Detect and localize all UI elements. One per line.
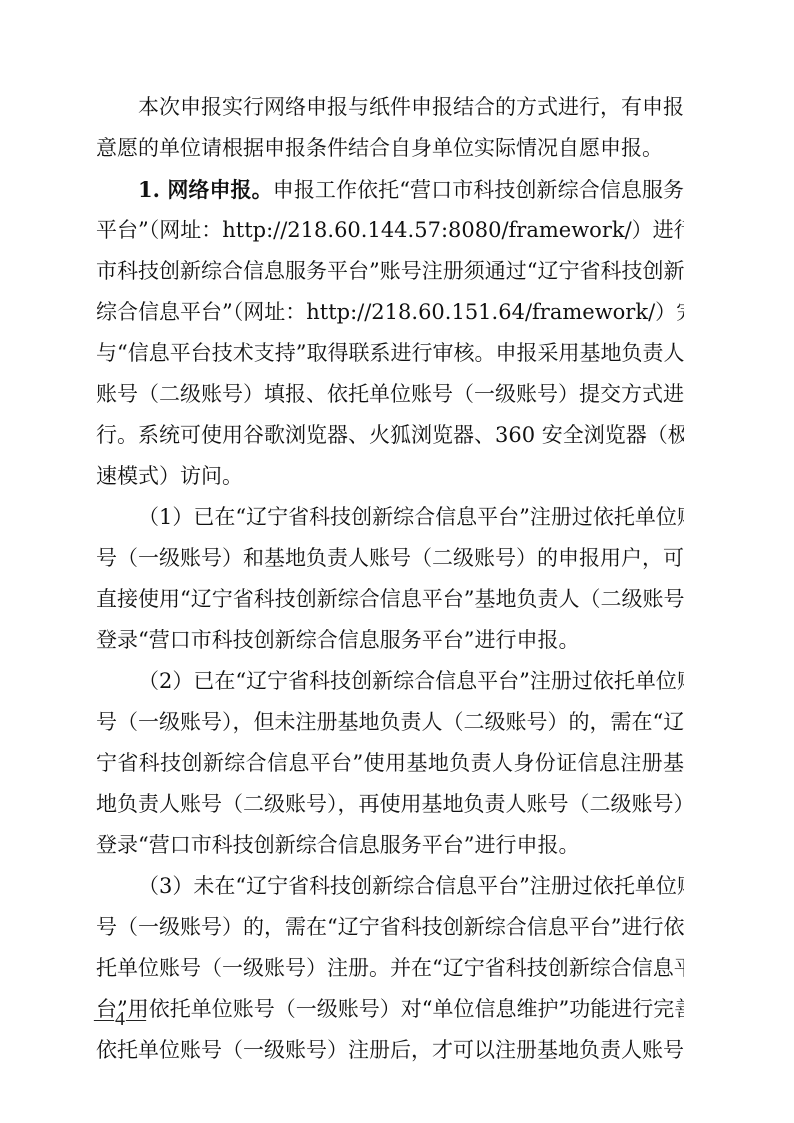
text-line: 意愿的单位请根据申报条件结合自身单位实际情况自愿申报。 (96, 128, 684, 169)
text-line: 1. 网络申报。申报工作依托“营口市科技创新综合信息服务 (96, 169, 684, 210)
text-line: 号（一级账号）的，需在“辽宁省科技创新综合信息平台”进行依 (96, 907, 684, 948)
text-line: （1）已在“辽宁省科技创新综合信息平台”注册过依托单位账 (96, 497, 684, 538)
text-line: 台”用依托单位账号（一级账号）对“单位信息维护”功能进行完善。 (96, 989, 684, 1030)
text-line: 本次申报实行网络申报与纸件申报结合的方式进行，有申报 (96, 87, 684, 128)
text-line: 行。系统可使用谷歌浏览器、火狐浏览器、360 安全浏览器（极 (96, 415, 684, 456)
text-line: 市科技创新综合信息服务平台”账号注册须通过“辽宁省科技创新 (96, 251, 684, 292)
text-line: 综合信息平台”（网址：http://218.60.151.64/framewor… (96, 292, 684, 333)
text-line: 托单位账号（一级账号）注册。并在“辽宁省科技创新综合信息平 (96, 948, 684, 989)
text-line: 速模式）访问。 (96, 456, 684, 497)
text-line: 账号（二级账号）填报、依托单位账号（一级账号）提交方式进 (96, 374, 684, 415)
document-page: 本次申报实行网络申报与纸件申报结合的方式进行，有申报 意愿的单位请根据申报条件结… (96, 87, 684, 1071)
text-line: 登录“营口市科技创新综合信息服务平台”进行申报。 (96, 825, 684, 866)
text-span: 申报工作依托“营口市科技创新综合信息服务 (273, 178, 684, 202)
text-line: （3）未在“辽宁省科技创新综合信息平台”注册过依托单位账 (96, 866, 684, 907)
text-line: 号（一级账号），但未注册基地负责人（二级账号）的，需在“辽 (96, 702, 684, 743)
text-line: 地负责人账号（二级账号），再使用基地负责人账号（二级账号） (96, 784, 684, 825)
text-line: 宁省科技创新综合信息平台”使用基地负责人身份证信息注册基 (96, 743, 684, 784)
section-heading: 1. 网络申报。 (138, 177, 273, 202)
text-line: 依托单位账号（一级账号）注册后，才可以注册基地负责人账号 (96, 1030, 684, 1071)
text-line: 直接使用“辽宁省科技创新综合信息平台”基地负责人（二级账号） (96, 579, 684, 620)
paragraph-case-3: （3）未在“辽宁省科技创新综合信息平台”注册过依托单位账 号（一级账号）的，需在… (96, 866, 684, 1071)
text-line: 号（一级账号）和基地负责人账号（二级账号）的申报用户，可 (96, 538, 684, 579)
page-number: —4— (94, 1008, 147, 1031)
text-line: 登录“营口市科技创新综合信息服务平台”进行申报。 (96, 620, 684, 661)
text-line: 与“信息平台技术支持”取得联系进行审核。申报采用基地负责人 (96, 333, 684, 374)
text-line: 平台”（网址：http://218.60.144.57:8080/framewo… (96, 210, 684, 251)
paragraph-intro: 本次申报实行网络申报与纸件申报结合的方式进行，有申报 意愿的单位请根据申报条件结… (96, 87, 684, 169)
paragraph-case-2: （2）已在“辽宁省科技创新综合信息平台”注册过依托单位账 号（一级账号），但未注… (96, 661, 684, 866)
paragraph-online-application: 1. 网络申报。申报工作依托“营口市科技创新综合信息服务 平台”（网址：http… (96, 169, 684, 497)
paragraph-case-1: （1）已在“辽宁省科技创新综合信息平台”注册过依托单位账 号（一级账号）和基地负… (96, 497, 684, 661)
text-line: （2）已在“辽宁省科技创新综合信息平台”注册过依托单位账 (96, 661, 684, 702)
